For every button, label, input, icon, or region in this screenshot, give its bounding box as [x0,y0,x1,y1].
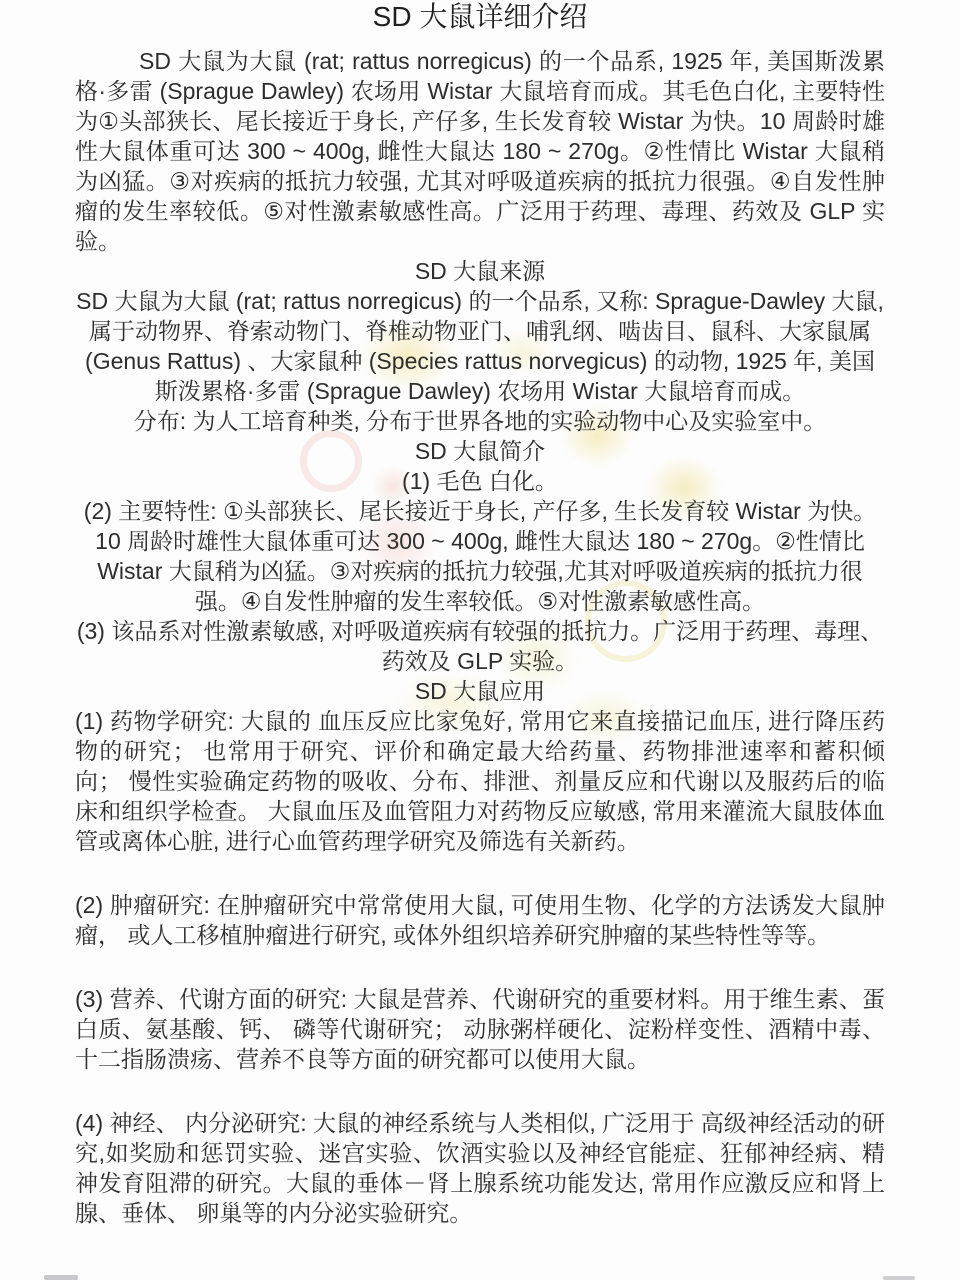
paragraph-pharmacology-research: (1) 药物学研究: 大鼠的 血压反应比家兔好, 常用它来直接描记血压, 进行降… [75,706,885,856]
paragraph-neuro-endocrine-research: (4) 神经、 内分泌研究: 大鼠的神经系统与人类相似, 广泛用于 高级神经活动… [75,1108,885,1228]
document-page: SD 大鼠详细介绍 SD 大鼠为大鼠 (rat; rattus norregic… [0,0,960,1280]
paragraph-nutrition-research: (3) 营养、代谢方面的研究: 大鼠是营养、代谢研究的重要材料。用于维生素、蛋白… [75,984,885,1074]
section-heading-intro: SD 大鼠简介 [75,436,885,466]
paragraph-tumor-research: (2) 肿瘤研究: 在肿瘤研究中常常使用大鼠, 可使用生物、化学的方法诱发大鼠肿… [75,890,885,950]
bottom-left-edge-artifact [44,1275,78,1280]
paragraph-origin: SD 大鼠为大鼠 (rat; rattus norregicus) 的一个品系,… [75,286,885,406]
paragraph-coat-color: (1) 毛色 白化。 [75,466,885,496]
paragraph-strain-sensitivity: (3) 该品系对性激素敏感, 对呼吸道疾病有较强的抵抗力。广泛用于药理、毒理、药… [75,616,885,676]
paragraph-main-traits: (2) 主要特性: ①头部狭长、尾长接近于身长, 产仔多, 生长发育较 Wist… [75,496,885,616]
document-content: SD 大鼠详细介绍 SD 大鼠为大鼠 (rat; rattus norregic… [75,0,885,1228]
section-heading-application: SD 大鼠应用 [75,676,885,706]
bottom-right-edge-artifact [883,1276,915,1280]
paragraph-distribution: 分布: 为人工培育种类, 分布于世界各地的实验动物中心及实验室中。 [75,406,885,436]
page-title: SD 大鼠详细介绍 [75,0,885,34]
paragraph-overview: SD 大鼠为大鼠 (rat; rattus norregicus) 的一个品系,… [75,46,885,256]
section-heading-origin: SD 大鼠来源 [75,256,885,286]
